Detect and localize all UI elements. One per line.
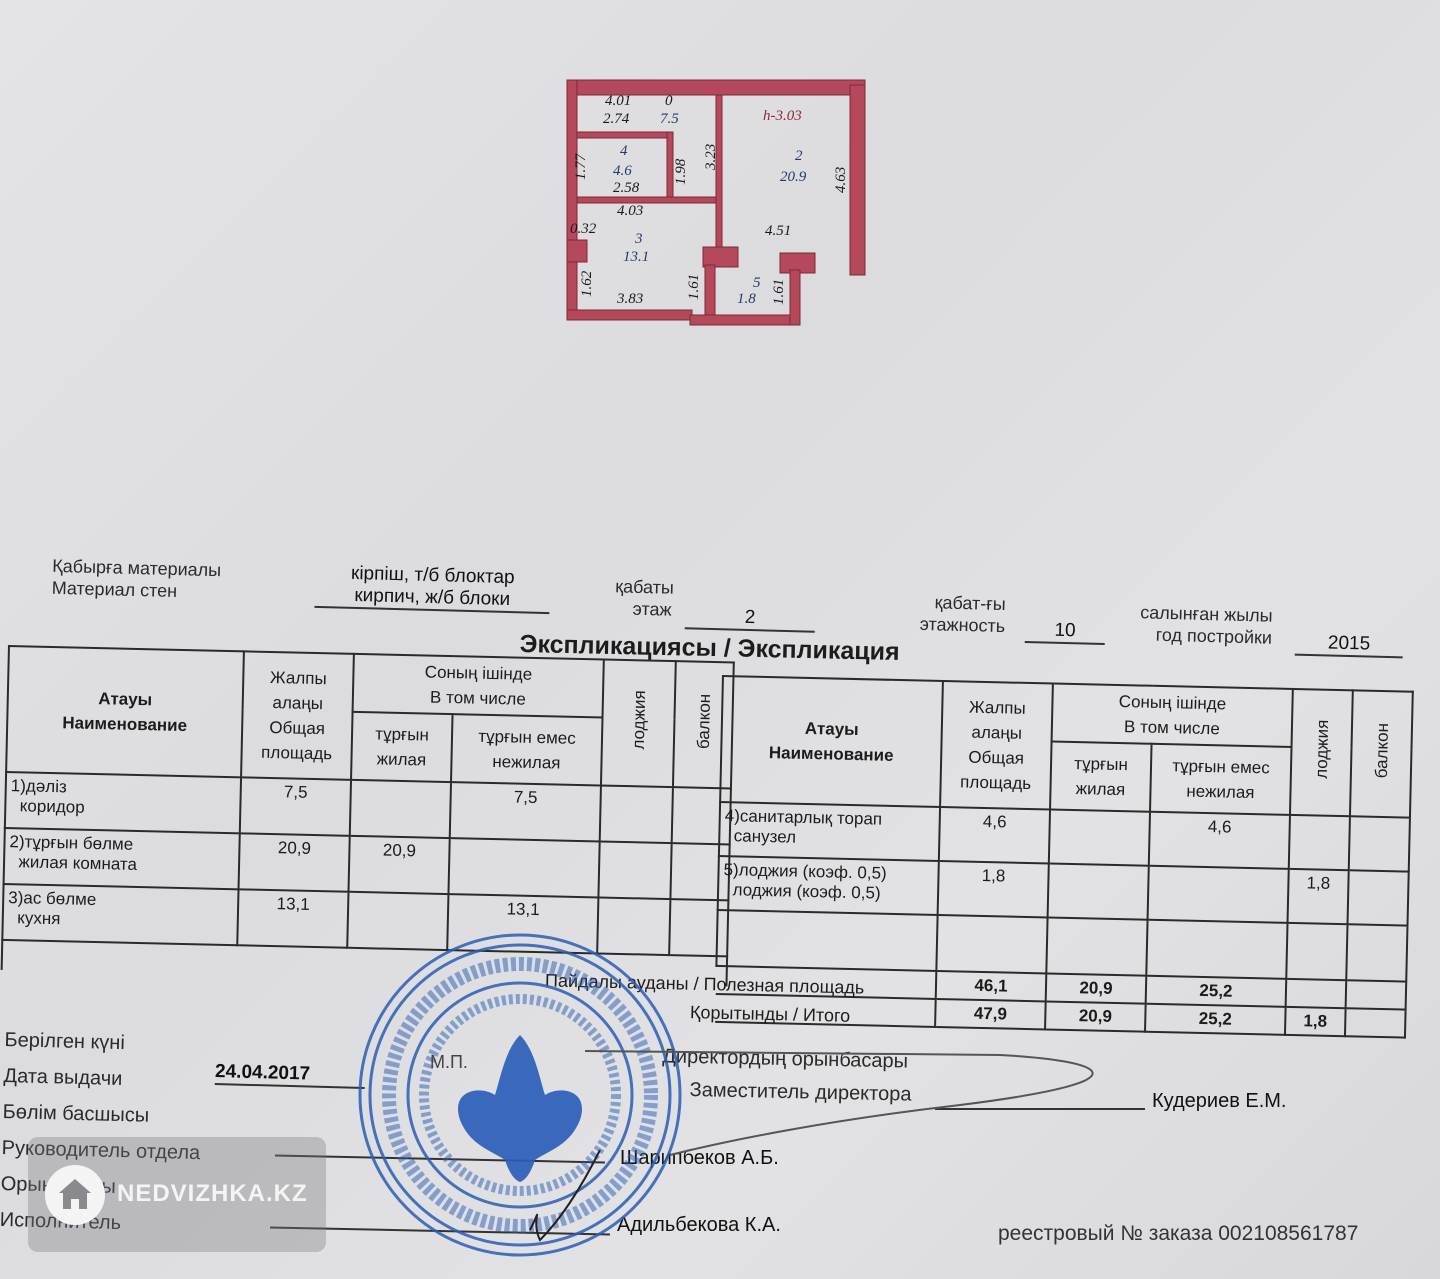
room-4-number: 4 [620, 143, 628, 159]
col-total: ЖалпыалаңыОбщаяплощадь [241, 651, 354, 779]
svg-text:1.62: 1.62 [579, 270, 595, 297]
floor-label: қабаты этаж [614, 575, 674, 621]
room-3-number: 3 [634, 231, 643, 247]
svg-text:0: 0 [665, 93, 673, 109]
col-including: Соның ішіндеВ том числе [1052, 684, 1293, 747]
room-5-number: 5 [753, 275, 761, 291]
wall-material-label: Қабырға материалы Материал стен [51, 555, 221, 603]
svg-text:4.63: 4.63 [833, 167, 849, 193]
svg-text:4.03: 4.03 [617, 203, 643, 219]
col-name: АтауыНаименование [6, 646, 244, 777]
svg-text:1.77: 1.77 [573, 152, 589, 180]
col-total: ЖалпыалаңыОбщаяплощадь [940, 681, 1053, 809]
grand-total-label: Қорытынды / Итого [690, 1002, 851, 1027]
col-including: Соның ішіндеВ том числе [353, 654, 604, 718]
floors-value: 10 [1025, 619, 1106, 645]
svg-text:3.83: 3.83 [616, 291, 643, 307]
svg-text:М.П.: М.П. [430, 1052, 468, 1072]
svg-text:1.61: 1.61 [686, 274, 702, 300]
floor-value: 2 [685, 605, 816, 632]
col-balcony: балкон [1350, 690, 1413, 817]
seal-emblem-icon [458, 1035, 582, 1182]
room-2-number: 2 [795, 148, 803, 164]
room-3-area: 13.1 [623, 249, 649, 265]
svg-text:4.51: 4.51 [765, 223, 791, 239]
room-5-area: 1.8 [737, 291, 756, 307]
svg-text:1.61: 1.61 [771, 279, 787, 305]
col-living: тұрғынжилая [1050, 741, 1152, 811]
col-nonliving: тұрғын емеснежилая [451, 714, 603, 785]
col-loggia: лоджия [1290, 689, 1353, 816]
room-4-area: 4.6 [613, 163, 632, 179]
col-loggia: лоджия [601, 660, 676, 788]
svg-text:1.98: 1.98 [673, 158, 689, 185]
svg-text:3.23: 3.23 [703, 144, 719, 171]
wall-material-value: кірпіш, т/б блоктар кирпич, ж/б блоки [314, 562, 550, 614]
svg-text:0.32: 0.32 [570, 221, 597, 237]
deputy-signature-scribble [580, 1050, 1200, 1160]
watermark-text: NEDVIZHKA.KZ [117, 1180, 308, 1208]
col-living: тұрғынжилая [351, 712, 453, 782]
room-1-area: 7.5 [660, 111, 679, 127]
col-nonliving: тұрғын емеснежилая [1150, 744, 1292, 815]
ceiling-height: h-3.03 [763, 108, 802, 124]
year-label: салынған жылы год постройки [1139, 601, 1272, 648]
house-icon [45, 1165, 105, 1225]
floor-plan: 4.010 2.747.5 h-3.03 4 4.6 2.58 1.77 1.9… [555, 75, 885, 330]
year-value: 2015 [1295, 632, 1404, 659]
room-2-area: 20.9 [780, 169, 807, 185]
svg-text:4.01: 4.01 [605, 93, 631, 109]
registry-number: реестровый № заказа 002108561787 [998, 1222, 1358, 1246]
svg-text:2.58: 2.58 [613, 180, 640, 196]
floors-label: қабат-ғы этажность [919, 591, 1006, 637]
svg-text:2.74: 2.74 [603, 111, 630, 127]
col-name: АтауыНаименование [720, 676, 943, 807]
